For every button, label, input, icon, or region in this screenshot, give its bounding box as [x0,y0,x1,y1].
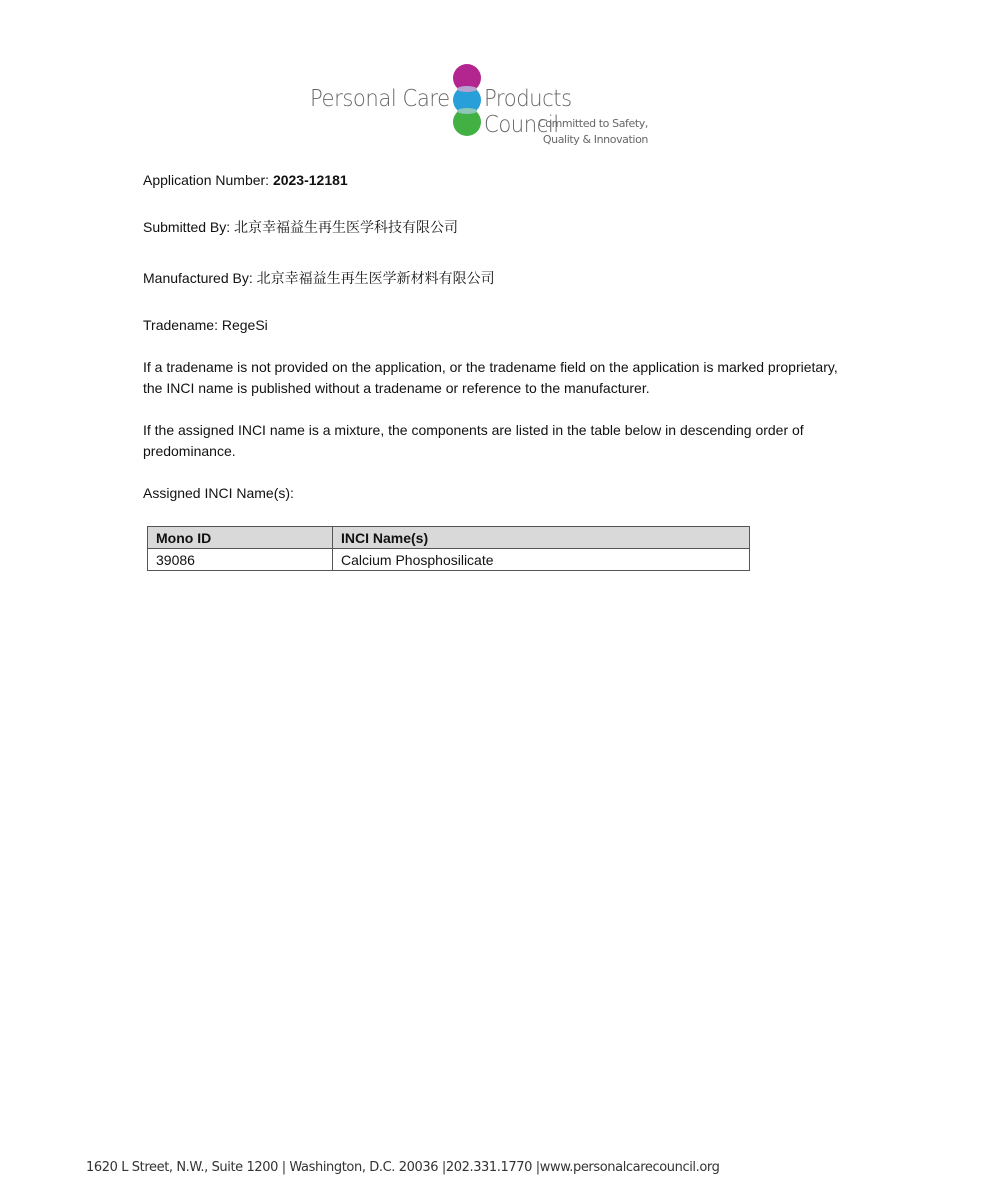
submitted-by-label: Submitted By: [143,219,234,235]
application-number-label: Application Number: [143,172,273,188]
footer-address: 1620 L Street, N.W., Suite 1200 | Washin… [86,1160,719,1175]
inci-table: Mono ID INCI Name(s) 39086 Calcium Phosp… [147,526,750,571]
table-header-row: Mono ID INCI Name(s) [148,527,750,549]
manufactured-by-value: 北京幸福益生再生医学新材料有限公司 [257,270,495,286]
manufactured-by: Manufactured By: 北京幸福益生再生医学新材料有限公司 [143,268,495,289]
table-row: 39086 Calcium Phosphosilicate [148,549,750,571]
application-number: Application Number: 2023-12181 [143,170,348,191]
submitted-by: Submitted By: 北京幸福益生再生医学科技有限公司 [143,217,458,238]
pcpc-logo: Personal Care Products Council Committed… [308,62,658,152]
assigned-inci-label: Assigned INCI Name(s): [143,483,294,504]
logo-tagline-2: Quality & Innovation [543,133,648,146]
cell-inci-name: Calcium Phosphosilicate [333,549,750,571]
logo-text-right: Products Council [484,86,644,138]
cell-mono-id: 39086 [148,549,333,571]
logo-overlap-bottom [457,108,477,114]
logo-overlap-top [457,86,477,92]
manufactured-by-label: Manufactured By: [143,270,257,286]
tradename-value: RegeSi [222,317,268,333]
header-mono-id: Mono ID [148,527,333,549]
logo-text-left: Personal Care [310,86,450,112]
tradename-note: If a tradename is not provided on the ap… [143,357,853,399]
header-inci-names: INCI Name(s) [333,527,750,549]
tradename: Tradename: RegeSi [143,315,268,336]
tradename-label: Tradename: [143,317,222,333]
logo-tagline-1: Committed to Safety, [538,117,648,130]
submitted-by-value: 北京幸福益生再生医学科技有限公司 [234,219,458,235]
application-number-value: 2023-12181 [273,172,348,188]
mixture-note: If the assigned INCI name is a mixture, … [143,420,853,462]
